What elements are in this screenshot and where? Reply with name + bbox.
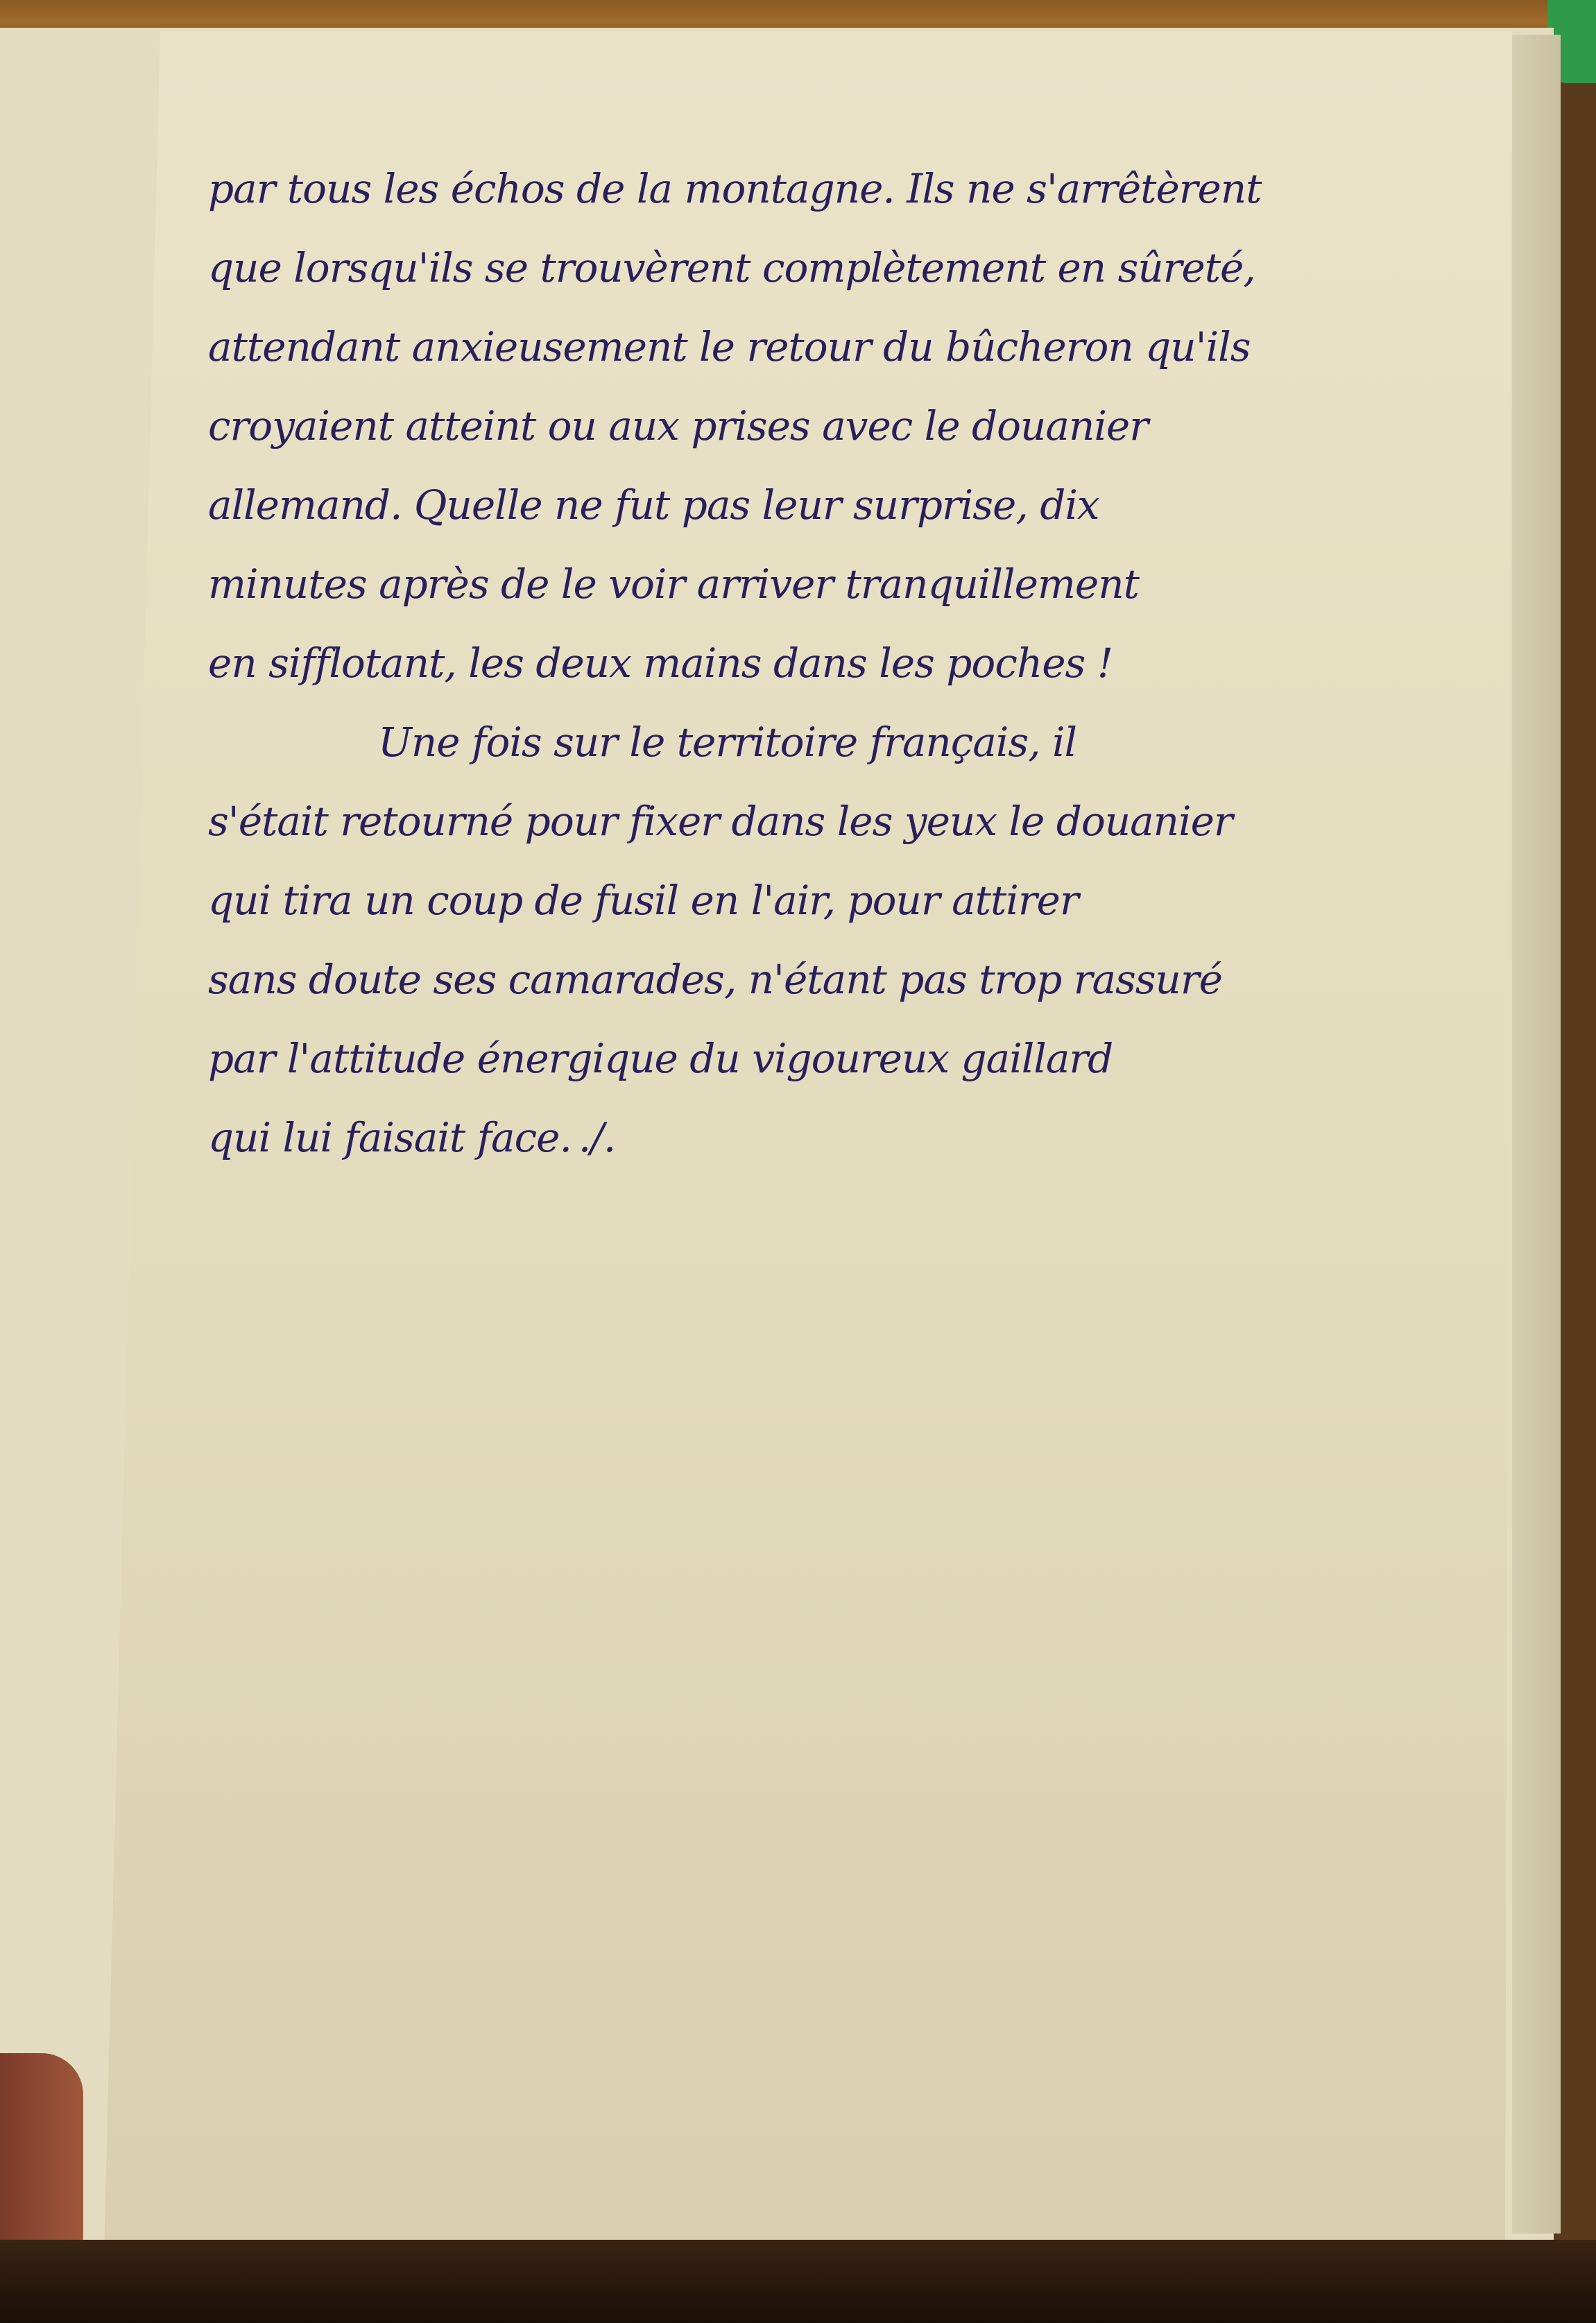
text-line: attendant anxieusement le retour du bûch… xyxy=(208,307,1290,386)
text-line: Une fois sur le territoire français, il xyxy=(208,703,1290,782)
text-line: croyaient atteint ou aux prises avec le … xyxy=(208,386,1290,465)
end-mark: ./. xyxy=(578,1114,615,1161)
handwritten-text: par tous les échos de la montagne. Ils n… xyxy=(208,149,1290,1177)
page-stack-edge xyxy=(1512,35,1561,2234)
text-line: qui tira un coup de fusil en l'air, pour… xyxy=(208,861,1290,940)
text-line: allemand. Quelle ne fut pas leur surpris… xyxy=(208,465,1290,545)
dark-background-bottom xyxy=(0,2240,1596,2323)
text-line: s'était retourné pour fixer dans les yeu… xyxy=(208,782,1290,861)
text-line: par l'attitude énergique du vigoureux ga… xyxy=(208,1019,1290,1098)
text-line-final: qui lui faisait face../. xyxy=(208,1098,1290,1177)
paragraph-2: Une fois sur le territoire français, il … xyxy=(208,703,1290,1177)
text-line: minutes après de le voir arriver tranqui… xyxy=(208,545,1290,624)
text-line: en sifflotant, les deux mains dans les p… xyxy=(208,624,1290,703)
final-line-text: qui lui faisait face. xyxy=(208,1114,572,1161)
paragraph-1: par tous les échos de la montagne. Ils n… xyxy=(208,149,1290,703)
text-line: sans doute ses camarades, n'étant pas tr… xyxy=(208,940,1290,1019)
text-line: que lorsqu'ils se trouvèrent complètemen… xyxy=(208,228,1290,307)
text-line: par tous les échos de la montagne. Ils n… xyxy=(208,149,1290,228)
